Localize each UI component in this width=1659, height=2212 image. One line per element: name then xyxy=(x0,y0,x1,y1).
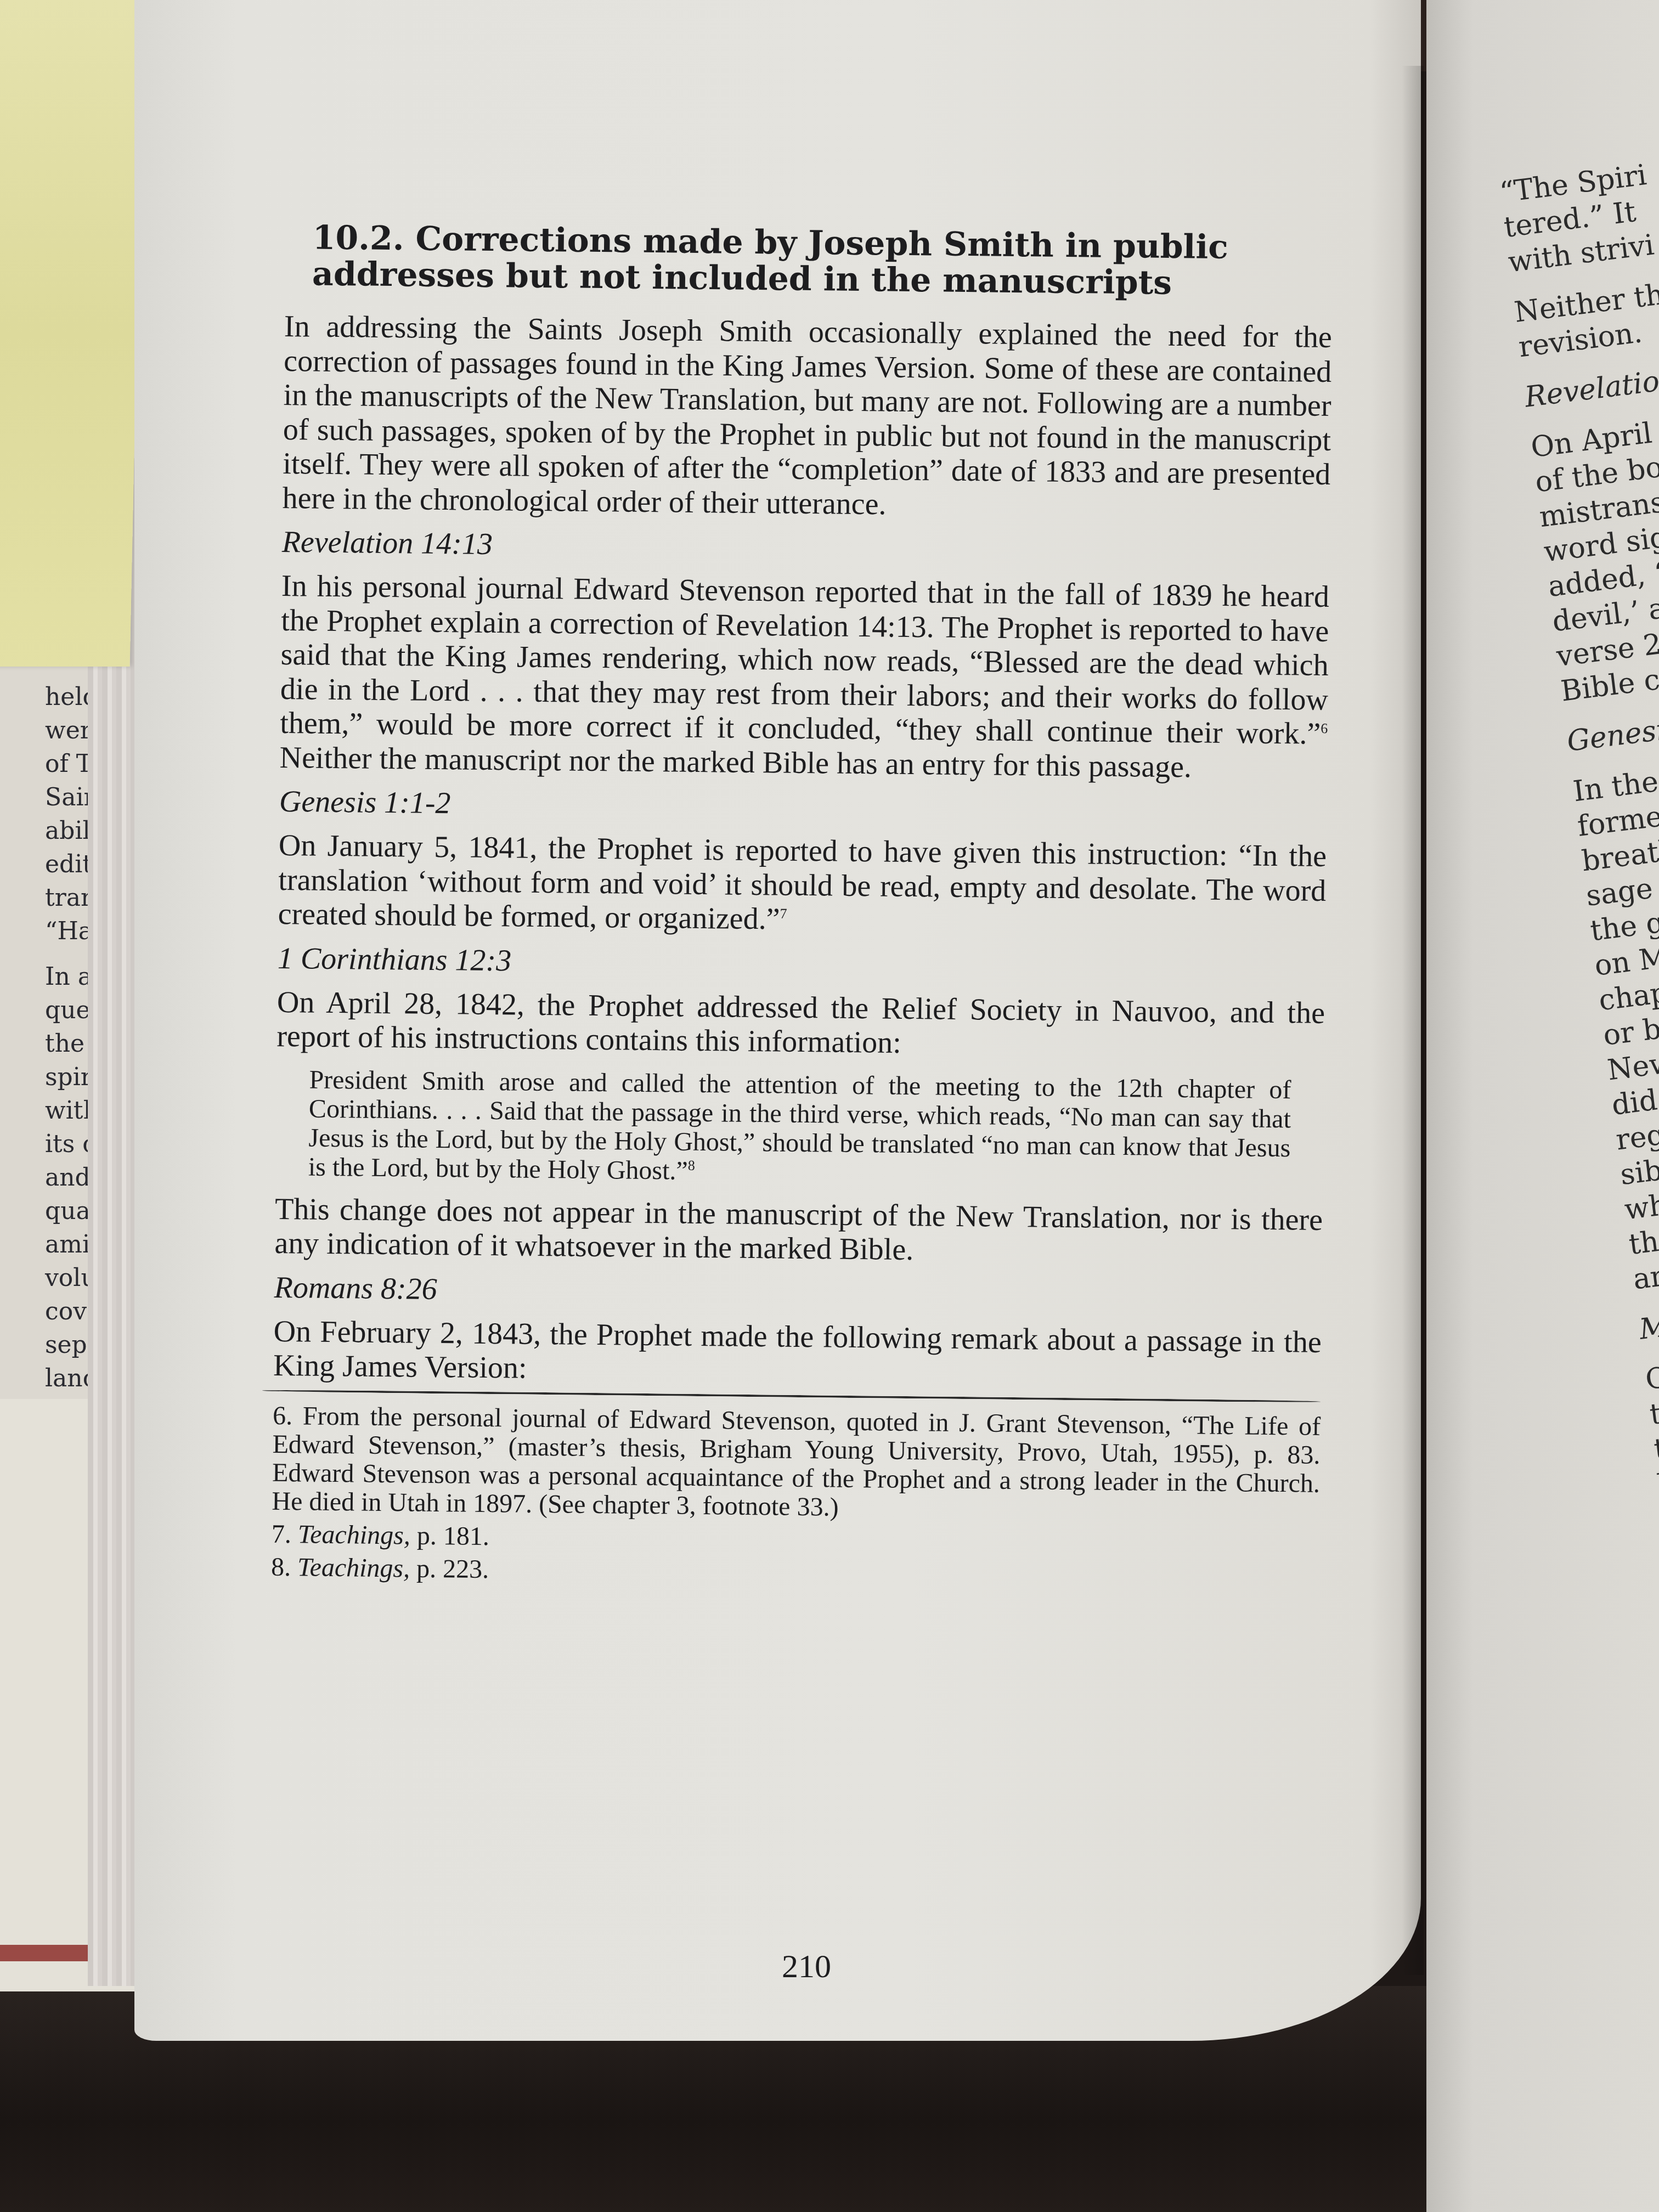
quote-text: President Smith arose and called the att… xyxy=(308,1065,1291,1185)
left-fragment-line: volu xyxy=(0,1261,91,1295)
footnote-marker[interactable]: 7 xyxy=(780,906,787,922)
left-fragment-line: and xyxy=(0,1161,91,1194)
page-number: 210 xyxy=(782,1948,831,1985)
left-fragment-line: Sair xyxy=(0,781,91,814)
sticky-note xyxy=(0,0,144,667)
left-fragment-line: the xyxy=(0,1027,91,1060)
section-heading: 10.2. Corrections made by Joseph Smith i… xyxy=(312,220,1333,303)
footnote-source-title: Teachings, xyxy=(298,1520,410,1550)
footnote-number: 6. xyxy=(273,1401,293,1430)
paragraph-text: In his personal journal Edward Stevenson… xyxy=(280,569,1329,751)
left-fragment-line: of T xyxy=(0,747,91,781)
footnote-number: 8. xyxy=(271,1552,291,1581)
body-paragraph: On January 5, 1841, the Prophet is repor… xyxy=(278,828,1327,942)
left-fragment-line: “Ha xyxy=(0,915,91,948)
footnote-text: From the personal journal of Edward Stev… xyxy=(272,1401,1321,1521)
left-fragment-line: helc xyxy=(0,680,91,714)
left-fragment-line: lanc xyxy=(0,1362,91,1395)
paragraph-text: On January 5, 1841, the Prophet is repor… xyxy=(278,828,1327,936)
left-fragment-line: abil xyxy=(0,814,91,848)
body-paragraph: On April 28, 1842, the Prophet addressed… xyxy=(276,985,1325,1064)
left-fragment-line: tran xyxy=(0,881,91,915)
left-fragment-line: cove xyxy=(0,1295,91,1328)
block-quote: President Smith arose and called the att… xyxy=(308,1065,1291,1192)
scripture-reference: Genesis 1:1-2 xyxy=(279,785,1328,830)
right-page: “The Spiri tered.” It with strivi Neithe… xyxy=(1426,0,1659,2212)
left-fragment-line: spir xyxy=(0,1060,91,1094)
footnote-number: 7. xyxy=(272,1519,292,1548)
footnote-8: 8. Teachings, p. 223. xyxy=(271,1553,1319,1592)
footnote-marker[interactable]: 6 xyxy=(1321,720,1328,736)
left-fragment-line: its c xyxy=(0,1127,91,1161)
left-fragment-line: edit xyxy=(0,848,91,881)
left-fragment-line: quar xyxy=(0,1194,91,1228)
left-fragment-line: In a xyxy=(0,960,91,994)
body-paragraph: On February 2, 1843, the Prophet made th… xyxy=(273,1314,1322,1393)
left-page-fragment: helc wer of T Sair abil edit tran “Ha In… xyxy=(0,658,91,1399)
body-paragraph: This change does not appear in the manus… xyxy=(274,1192,1323,1271)
left-fragment-line: ques xyxy=(0,994,91,1027)
footnote-text: p. 181. xyxy=(410,1521,490,1551)
book-cover-red-edge xyxy=(0,1945,88,1961)
left-fragment-line: with xyxy=(0,1094,91,1127)
left-fragment-line: wer xyxy=(0,714,91,747)
scripture-reference: 1 Corinthians 12:3 xyxy=(278,941,1326,986)
right-page-text: “The Spiri tered.” It with strivi Neithe… xyxy=(1498,142,1659,1733)
spine-shadow xyxy=(1402,66,1424,1975)
intro-paragraph: In addressing the Saints Joseph Smith oc… xyxy=(282,309,1332,526)
footnote-source-title: Teachings, xyxy=(297,1553,410,1583)
left-fragment-line: amir xyxy=(0,1228,91,1261)
page-content: 10.2. Corrections made by Joseph Smith i… xyxy=(271,219,1333,1596)
footnote-6: 6. From the personal journal of Edward S… xyxy=(272,1401,1321,1526)
scripture-reference: Revelation 14:13 xyxy=(282,525,1330,570)
left-fragment-line: sepa xyxy=(0,1328,91,1362)
scripture-reference: Romans 8:26 xyxy=(274,1270,1322,1315)
footnote-marker[interactable]: 8 xyxy=(688,1157,695,1173)
body-paragraph: In his personal journal Edward Stevenson… xyxy=(279,569,1329,786)
footnote-text: p. 223. xyxy=(410,1554,489,1584)
